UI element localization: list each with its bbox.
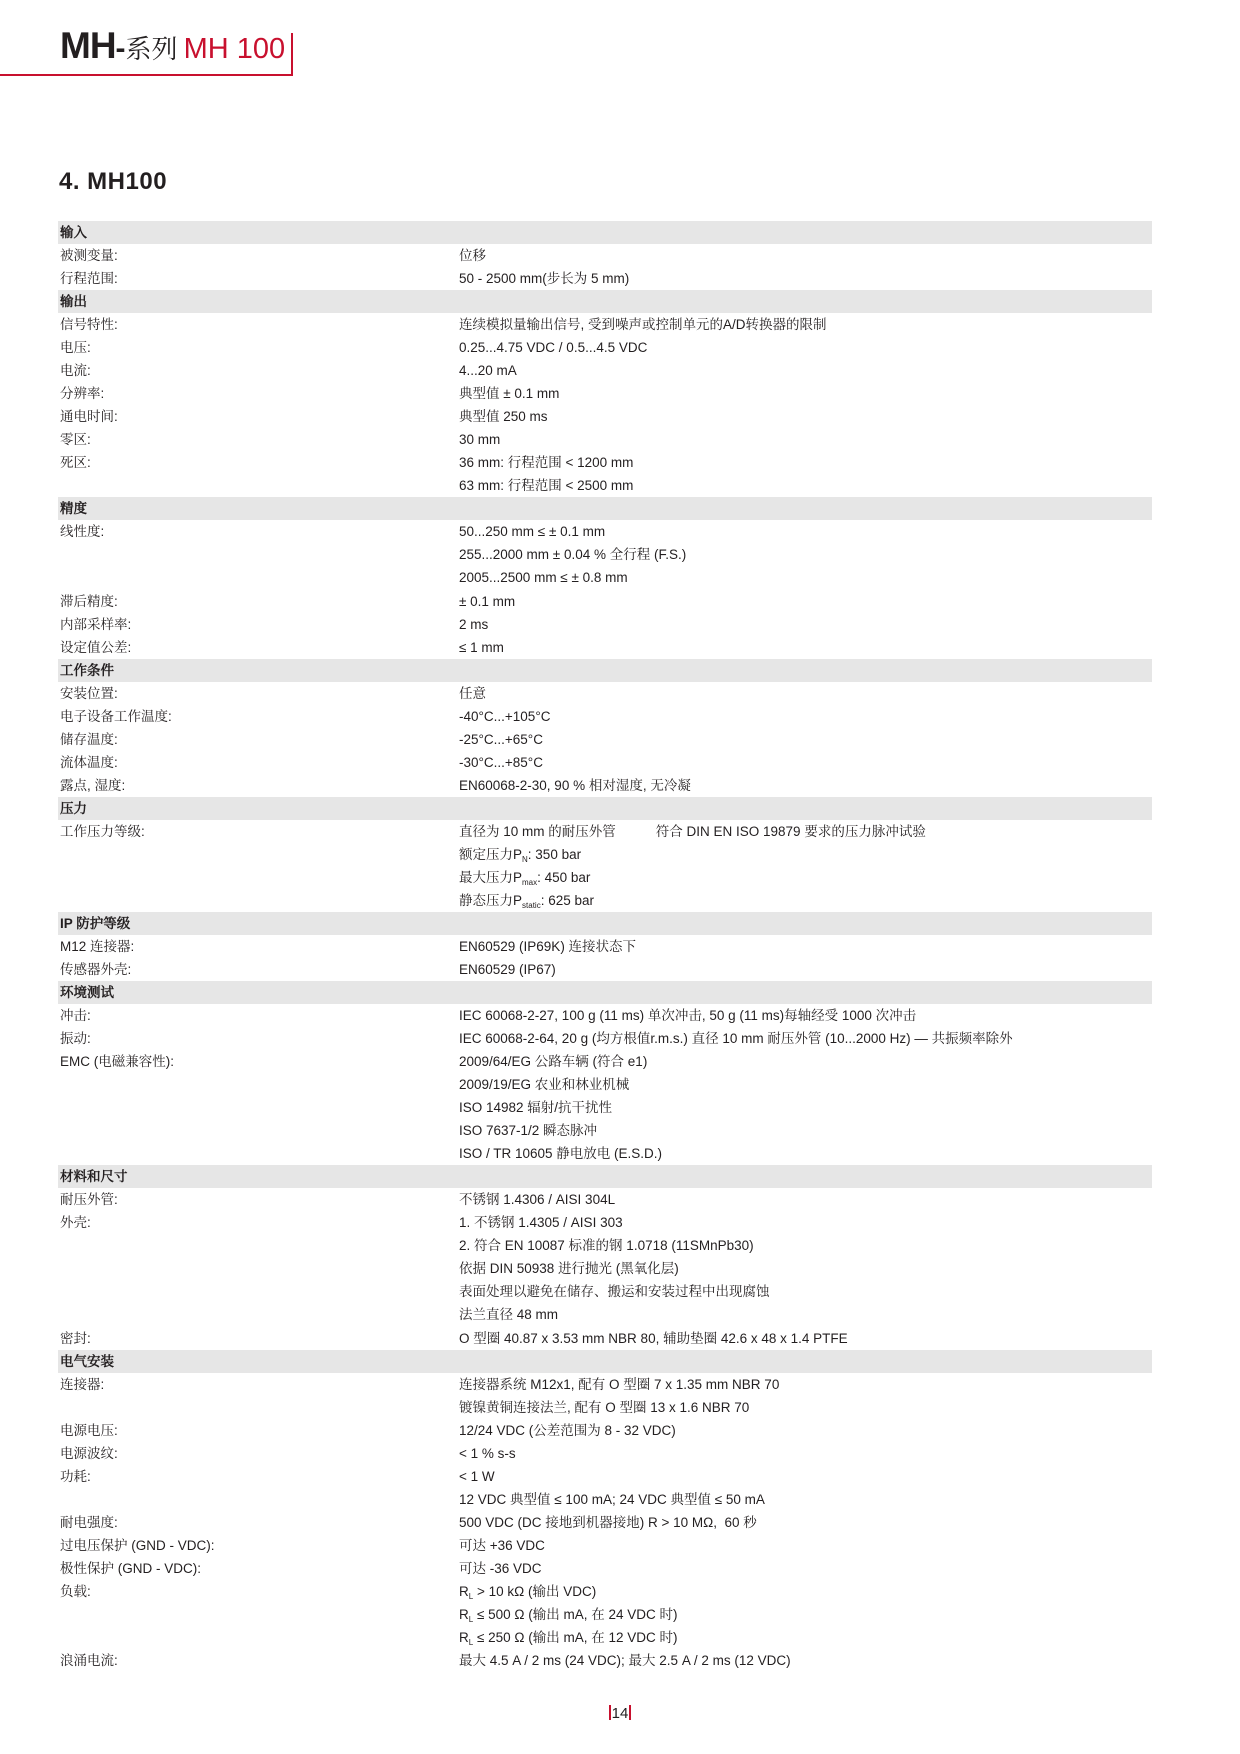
spec-group-header: 精度 (58, 497, 1152, 520)
spec-row: 2009/19/EG 农业和林业机械 (58, 1073, 1152, 1096)
spec-row: 过电压保护 (GND - VDC):可达 +36 VDC (58, 1534, 1152, 1557)
spec-value-text: ISO / TR 10605 静电放电 (E.S.D.) (459, 1146, 662, 1161)
spec-row: 滞后精度:± 0.1 mm (58, 590, 1152, 613)
spec-value-text: -30°C...+85°C (459, 755, 543, 770)
spec-value-text: 50...250 mm ≤ ± 0.1 mm (459, 524, 605, 539)
spec-label: 连接器: (58, 1373, 459, 1396)
spec-value: < 1 W (459, 1465, 1152, 1488)
spec-group-header: 输入 (58, 221, 1152, 244)
spec-label: 储存温度: (58, 728, 459, 751)
spec-value-text: R (459, 1630, 469, 1645)
spec-value: ± 0.1 mm (459, 590, 1152, 613)
spec-label: 功耗: (58, 1465, 459, 1488)
series-label: 系列 (126, 34, 178, 64)
spec-row: 浪涌电流:最大 4.5 A / 2 ms (24 VDC); 最大 2.5 A … (58, 1649, 1152, 1672)
spec-label: 电源波纹: (58, 1442, 459, 1465)
spec-row: ISO / TR 10605 静电放电 (E.S.D.) (58, 1142, 1152, 1165)
spec-value: -25°C...+65°C (459, 728, 1152, 751)
spec-value (459, 797, 1152, 820)
subscript: static (522, 901, 541, 910)
spec-value: ≤ 1 mm (459, 636, 1152, 659)
spec-label: 通电时间: (58, 405, 459, 428)
spec-value-text: 不锈钢 1.4306 / AISI 304L (459, 1192, 615, 1207)
spec-row: 电流:4...20 mA (58, 359, 1152, 382)
spec-label (58, 1396, 459, 1419)
spec-label: 电源电压: (58, 1419, 459, 1442)
spec-label: 负载: (58, 1580, 459, 1603)
spec-value: 2009/19/EG 农业和林业机械 (459, 1073, 1152, 1096)
spec-value (459, 497, 1152, 520)
spec-row: 耐电强度:500 VDC (DC 接地到机器接地) R > 10 MΩ, 60 … (58, 1511, 1152, 1534)
spec-value-text: 12 VDC 典型值 ≤ 100 mA; 24 VDC 典型值 ≤ 50 mA (459, 1492, 765, 1507)
spec-value: 静态压力Pstatic: 625 bar (459, 889, 1152, 912)
spec-label (58, 843, 459, 866)
spec-value-text: 依据 DIN 50938 进行抛光 (黑氧化层) (459, 1261, 679, 1276)
spec-row: ISO 7637-1/2 瞬态脉冲 (58, 1119, 1152, 1142)
spec-row: 静态压力Pstatic: 625 bar (58, 889, 1152, 912)
spec-value-text: 4...20 mA (459, 363, 517, 378)
spec-value-text: -40°C...+105°C (459, 709, 550, 724)
spec-value: ISO / TR 10605 静电放电 (E.S.D.) (459, 1142, 1152, 1165)
spec-value-suffix: : 450 bar (537, 870, 590, 885)
spec-value: 可达 -36 VDC (459, 1557, 1152, 1580)
spec-label (58, 866, 459, 889)
spec-value-text: IEC 60068-2-27, 100 g (11 ms) 单次冲击, 50 g… (459, 1008, 916, 1023)
spec-row: 最大压力Pmax: 450 bar (58, 866, 1152, 889)
spec-value: 镀镍黄铜连接法兰, 配有 O 型圈 13 x 1.6 NBR 70 (459, 1396, 1152, 1419)
spec-value (459, 290, 1152, 313)
spec-value: EN60529 (IP69K) 连接状态下 (459, 935, 1152, 958)
spec-row: M12 连接器:EN60529 (IP69K) 连接状态下 (58, 935, 1152, 958)
spec-row: 电源波纹:< 1 % s-s (58, 1442, 1152, 1465)
spec-label: 电压: (58, 336, 459, 359)
spec-value: ISO 7637-1/2 瞬态脉冲 (459, 1119, 1152, 1142)
spec-value: 30 mm (459, 428, 1152, 451)
spec-value-text: 法兰直径 48 mm (459, 1307, 558, 1322)
spec-row: 极性保护 (GND - VDC):可达 -36 VDC (58, 1557, 1152, 1580)
spec-value (459, 981, 1152, 1004)
spec-value (459, 221, 1152, 244)
spec-label (58, 1303, 459, 1326)
spec-value-suffix: : 350 bar (528, 847, 581, 862)
spec-row: 电子设备工作温度:-40°C...+105°C (58, 705, 1152, 728)
spec-value-text: 2. 符合 EN 10087 标准的钢 1.0718 (11SMnPb30) (459, 1238, 754, 1253)
spec-value: 12 VDC 典型值 ≤ 100 mA; 24 VDC 典型值 ≤ 50 mA (459, 1488, 1152, 1511)
spec-label (58, 1142, 459, 1165)
spec-label: 信号特性: (58, 313, 459, 336)
spec-row: 设定值公差:≤ 1 mm (58, 636, 1152, 659)
spec-label: 极性保护 (GND - VDC): (58, 1557, 459, 1580)
spec-value: RL ≤ 500 Ω (输出 mA, 在 24 VDC 时) (459, 1603, 1152, 1626)
spec-group-header: 材料和尺寸 (58, 1165, 1152, 1188)
group-title: 输入 (58, 221, 459, 244)
series-name: MH (60, 25, 116, 66)
spec-value: RL > 10 kΩ (输出 VDC) (459, 1580, 1152, 1603)
group-title: 电气安装 (58, 1350, 459, 1373)
spec-value: 直径为 10 mm 的耐压外管符合 DIN EN ISO 19879 要求的压力… (459, 820, 1152, 843)
spec-value: 连接器系统 M12x1, 配有 O 型圈 7 x 1.35 mm NBR 70 (459, 1373, 1152, 1396)
spec-label: 过电压保护 (GND - VDC): (58, 1534, 459, 1557)
spec-value: ISO 14982 辐射/抗干扰性 (459, 1096, 1152, 1119)
group-title: 工作条件 (58, 659, 459, 682)
spec-row: 冲击:IEC 60068-2-27, 100 g (11 ms) 单次冲击, 5… (58, 1004, 1152, 1027)
spec-value-text: 500 VDC (DC 接地到机器接地) R > 10 MΩ, 60 秒 (459, 1515, 757, 1530)
spec-label: 设定值公差: (58, 636, 459, 659)
spec-label (58, 1280, 459, 1303)
spec-row: 电源电压:12/24 VDC (公差范围为 8 - 32 VDC) (58, 1419, 1152, 1442)
spec-value-text: 位移 (459, 248, 486, 263)
spec-value-text: ISO 14982 辐射/抗干扰性 (459, 1100, 612, 1115)
spec-label: 冲击: (58, 1004, 459, 1027)
spec-value-text: 典型值 250 ms (459, 409, 548, 424)
spec-value: 255...2000 mm ± 0.04 % 全行程 (F.S.) (459, 543, 1152, 566)
spec-row: 外壳:1. 不锈钢 1.4305 / AISI 303 (58, 1211, 1152, 1234)
spec-row: 储存温度:-25°C...+65°C (58, 728, 1152, 751)
spec-value (459, 1165, 1152, 1188)
spec-value: 典型值 ± 0.1 mm (459, 382, 1152, 405)
spec-value: 表面处理以避免在储存、搬运和安装过程中出现腐蚀 (459, 1280, 1152, 1303)
spec-group-header: 压力 (58, 797, 1152, 820)
spec-row: 死区:36 mm: 行程范围 < 1200 mm (58, 451, 1152, 474)
spec-row: 被测变量:位移 (58, 244, 1152, 267)
spec-value (459, 1350, 1152, 1373)
group-title: 压力 (58, 797, 459, 820)
spec-value-text: 直径为 10 mm 的耐压外管 (459, 824, 616, 839)
spec-value: 任意 (459, 682, 1152, 705)
spec-value-text: EN60529 (IP69K) 连接状态下 (459, 939, 636, 954)
spec-value-text: 0.25...4.75 VDC / 0.5...4.5 VDC (459, 340, 647, 355)
spec-value-text: 30 mm (459, 432, 500, 447)
spec-label: 工作压力等级: (58, 820, 459, 843)
group-title: 输出 (58, 290, 459, 313)
spec-value-text: 静态压力P (459, 893, 522, 908)
spec-value (459, 659, 1152, 682)
spec-group-header: 工作条件 (58, 659, 1152, 682)
spec-value-text: EN60068-2-30, 90 % 相对湿度, 无冷凝 (459, 778, 691, 793)
spec-row: 通电时间:典型值 250 ms (58, 405, 1152, 428)
spec-value-text: 50 - 2500 mm(步长为 5 mm) (459, 271, 629, 286)
spec-value-text: 最大 4.5 A / 2 ms (24 VDC); 最大 2.5 A / 2 m… (459, 1653, 791, 1668)
spec-value-text: 连续模拟量输出信号, 受到噪声或控制单元的A/D转换器的限制 (459, 317, 827, 332)
spec-value-text: 2 ms (459, 617, 488, 632)
spec-value-text: 12/24 VDC (公差范围为 8 - 32 VDC) (459, 1423, 676, 1438)
spec-row: 线性度:50...250 mm ≤ ± 0.1 mm (58, 520, 1152, 543)
spec-label (58, 1603, 459, 1626)
spec-label: 流体温度: (58, 751, 459, 774)
spec-value-text: ± 0.1 mm (459, 594, 515, 609)
spec-row: 密封:O 型圈 40.87 x 3.53 mm NBR 80, 辅助垫圈 42.… (58, 1327, 1152, 1350)
spec-label: 分辨率: (58, 382, 459, 405)
spec-row: 电压:0.25...4.75 VDC / 0.5...4.5 VDC (58, 336, 1152, 359)
page-header: MH-系列MH 100 (0, 0, 293, 76)
spec-row: 内部采样率:2 ms (58, 613, 1152, 636)
spec-row: 负载:RL > 10 kΩ (输出 VDC) (58, 1580, 1152, 1603)
group-title: IP 防护等级 (58, 912, 459, 935)
spec-value-suffix: ≤ 250 Ω (输出 mA, 在 12 VDC 时) (473, 1630, 677, 1645)
spec-value: 2. 符合 EN 10087 标准的钢 1.0718 (11SMnPb30) (459, 1234, 1152, 1257)
spec-row: 流体温度:-30°C...+85°C (58, 751, 1152, 774)
spec-value-text: 连接器系统 M12x1, 配有 O 型圈 7 x 1.35 mm NBR 70 (459, 1377, 779, 1392)
spec-value-text: ISO 7637-1/2 瞬态脉冲 (459, 1123, 597, 1138)
spec-value: 依据 DIN 50938 进行抛光 (黑氧化层) (459, 1257, 1152, 1280)
spec-group-header: 环境测试 (58, 981, 1152, 1004)
spec-row: 工作压力等级:直径为 10 mm 的耐压外管符合 DIN EN ISO 1987… (58, 820, 1152, 843)
spec-row: RL ≤ 500 Ω (输出 mA, 在 24 VDC 时) (58, 1603, 1152, 1626)
spec-value-suffix: > 10 kΩ (输出 VDC) (473, 1584, 596, 1599)
spec-value: 2005...2500 mm ≤ ± 0.8 mm (459, 566, 1152, 589)
page-number-bar-left (609, 1705, 611, 1720)
spec-label: 安装位置: (58, 682, 459, 705)
spec-label: 电流: (58, 359, 459, 382)
spec-value-text: 255...2000 mm ± 0.04 % 全行程 (F.S.) (459, 547, 686, 562)
spec-value-text: 典型值 ± 0.1 mm (459, 386, 559, 401)
spec-group-header: IP 防护等级 (58, 912, 1152, 935)
spec-value: 可达 +36 VDC (459, 1534, 1152, 1557)
spec-label: 线性度: (58, 520, 459, 543)
spec-row: 零区:30 mm (58, 428, 1152, 451)
spec-row: 12 VDC 典型值 ≤ 100 mA; 24 VDC 典型值 ≤ 50 mA (58, 1488, 1152, 1511)
spec-row: 依据 DIN 50938 进行抛光 (黑氧化层) (58, 1257, 1152, 1280)
spec-value: EN60068-2-30, 90 % 相对湿度, 无冷凝 (459, 774, 1152, 797)
spec-label: 露点, 湿度: (58, 774, 459, 797)
spec-label: 被测变量: (58, 244, 459, 267)
page-number: 14 (612, 1705, 629, 1722)
spec-label: 电子设备工作温度: (58, 705, 459, 728)
spec-value: RL ≤ 250 Ω (输出 mA, 在 12 VDC 时) (459, 1626, 1152, 1649)
spec-value: -30°C...+85°C (459, 751, 1152, 774)
spec-row: 2005...2500 mm ≤ ± 0.8 mm (58, 566, 1152, 589)
spec-value: 最大 4.5 A / 2 ms (24 VDC); 最大 2.5 A / 2 m… (459, 1649, 1152, 1672)
spec-value: < 1 % s-s (459, 1442, 1152, 1465)
spec-label: 密封: (58, 1327, 459, 1350)
spec-value: 典型值 250 ms (459, 405, 1152, 428)
spec-value: 不锈钢 1.4306 / AISI 304L (459, 1188, 1152, 1211)
header-accent-line (291, 33, 293, 75)
spec-value: 500 VDC (DC 接地到机器接地) R > 10 MΩ, 60 秒 (459, 1511, 1152, 1534)
section-title: 4. MH100 (59, 168, 167, 196)
spec-value-text: 36 mm: 行程范围 < 1200 mm (459, 455, 633, 470)
spec-label: 滞后精度: (58, 590, 459, 613)
spec-label (58, 566, 459, 589)
spec-row: ISO 14982 辐射/抗干扰性 (58, 1096, 1152, 1119)
spec-label: 零区: (58, 428, 459, 451)
spec-value-text: R (459, 1584, 469, 1599)
spec-value-text: 2005...2500 mm ≤ ± 0.8 mm (459, 570, 628, 585)
spec-value (459, 912, 1152, 935)
spec-value: 最大压力Pmax: 450 bar (459, 866, 1152, 889)
spec-row: RL ≤ 250 Ω (输出 mA, 在 12 VDC 时) (58, 1626, 1152, 1649)
spec-row: 信号特性:连续模拟量输出信号, 受到噪声或控制单元的A/D转换器的限制 (58, 313, 1152, 336)
spec-value-text: 任意 (459, 686, 486, 701)
group-title: 环境测试 (58, 981, 459, 1004)
spec-value-text: IEC 60068-2-64, 20 g (均方根值r.m.s.) 直径 10 … (459, 1031, 1013, 1046)
spec-row: 安装位置:任意 (58, 682, 1152, 705)
page-number-bar-right (629, 1705, 631, 1720)
spec-value: 2009/64/EG 公路车辆 (符合 e1) (459, 1050, 1152, 1073)
spec-value: 4...20 mA (459, 359, 1152, 382)
spec-value-note: 符合 DIN EN ISO 19879 要求的压力脉冲试验 (656, 824, 926, 839)
spec-row: 2. 符合 EN 10087 标准的钢 1.0718 (11SMnPb30) (58, 1234, 1152, 1257)
spec-row: 耐压外管:不锈钢 1.4306 / AISI 304L (58, 1188, 1152, 1211)
spec-group-header: 输出 (58, 290, 1152, 313)
spec-value: IEC 60068-2-64, 20 g (均方根值r.m.s.) 直径 10 … (459, 1027, 1152, 1050)
spec-row: 63 mm: 行程范围 < 2500 mm (58, 474, 1152, 497)
spec-value: 50 - 2500 mm(步长为 5 mm) (459, 267, 1152, 290)
spec-label: M12 连接器: (58, 935, 459, 958)
spec-value-text: 可达 -36 VDC (459, 1561, 542, 1576)
spec-value-text: 可达 +36 VDC (459, 1538, 545, 1553)
group-title: 精度 (58, 497, 459, 520)
spec-label (58, 1119, 459, 1142)
spec-row: 额定压力PN: 350 bar (58, 843, 1152, 866)
spec-value-text: 1. 不锈钢 1.4305 / AISI 303 (459, 1215, 623, 1230)
spec-table: 输入被测变量:位移行程范围:50 - 2500 mm(步长为 5 mm)输出信号… (58, 221, 1152, 1672)
spec-label: 外壳: (58, 1211, 459, 1234)
spec-value: 法兰直径 48 mm (459, 1303, 1152, 1326)
spec-label (58, 1626, 459, 1649)
spec-row: 露点, 湿度:EN60068-2-30, 90 % 相对湿度, 无冷凝 (58, 774, 1152, 797)
spec-value-text: ≤ 1 mm (459, 640, 504, 655)
spec-value-text: 2009/19/EG 农业和林业机械 (459, 1077, 629, 1092)
spec-value-suffix: : 625 bar (541, 893, 594, 908)
spec-value-text: 镀镍黄铜连接法兰, 配有 O 型圈 13 x 1.6 NBR 70 (459, 1400, 749, 1415)
spec-label: 内部采样率: (58, 613, 459, 636)
spec-row: 分辨率:典型值 ± 0.1 mm (58, 382, 1152, 405)
spec-value: 位移 (459, 244, 1152, 267)
spec-label (58, 1096, 459, 1119)
spec-row: 功耗:< 1 W (58, 1465, 1152, 1488)
spec-value: IEC 60068-2-27, 100 g (11 ms) 单次冲击, 50 g… (459, 1004, 1152, 1027)
spec-label: 耐电强度: (58, 1511, 459, 1534)
spec-label (58, 1488, 459, 1511)
spec-value: 2 ms (459, 613, 1152, 636)
spec-value-text: 63 mm: 行程范围 < 2500 mm (459, 478, 633, 493)
spec-label: 死区: (58, 451, 459, 474)
spec-value-text: < 1 W (459, 1469, 495, 1484)
spec-label (58, 1234, 459, 1257)
spec-value: 1. 不锈钢 1.4305 / AISI 303 (459, 1211, 1152, 1234)
spec-value-text: R (459, 1607, 469, 1622)
page-footer: 14 (0, 1705, 1240, 1722)
spec-row: 振动:IEC 60068-2-64, 20 g (均方根值r.m.s.) 直径 … (58, 1027, 1152, 1050)
spec-row: 传感器外壳:EN60529 (IP67) (58, 958, 1152, 981)
spec-value: 连续模拟量输出信号, 受到噪声或控制单元的A/D转换器的限制 (459, 313, 1152, 336)
spec-value: 63 mm: 行程范围 < 2500 mm (459, 474, 1152, 497)
spec-value-text: EN60529 (IP67) (459, 962, 556, 977)
spec-label (58, 474, 459, 497)
series-dash: - (116, 32, 126, 65)
spec-label: EMC (电磁兼容性): (58, 1050, 459, 1073)
spec-label: 振动: (58, 1027, 459, 1050)
spec-label: 浪涌电流: (58, 1649, 459, 1672)
spec-group-header: 电气安装 (58, 1350, 1152, 1373)
spec-row: 行程范围:50 - 2500 mm(步长为 5 mm) (58, 267, 1152, 290)
spec-label: 传感器外壳: (58, 958, 459, 981)
spec-value-text: 2009/64/EG 公路车辆 (符合 e1) (459, 1054, 647, 1069)
model-name: MH 100 (184, 33, 286, 65)
spec-label (58, 1257, 459, 1280)
spec-label (58, 889, 459, 912)
spec-value-suffix: ≤ 500 Ω (输出 mA, 在 24 VDC 时) (473, 1607, 677, 1622)
spec-row: 镀镍黄铜连接法兰, 配有 O 型圈 13 x 1.6 NBR 70 (58, 1396, 1152, 1419)
spec-row: EMC (电磁兼容性):2009/64/EG 公路车辆 (符合 e1) (58, 1050, 1152, 1073)
spec-label: 行程范围: (58, 267, 459, 290)
spec-value-text: O 型圈 40.87 x 3.53 mm NBR 80, 辅助垫圈 42.6 x… (459, 1331, 848, 1346)
spec-value-text: < 1 % s-s (459, 1446, 516, 1461)
spec-value-text: 额定压力P (459, 847, 522, 862)
spec-value: O 型圈 40.87 x 3.53 mm NBR 80, 辅助垫圈 42.6 x… (459, 1327, 1152, 1350)
spec-value-text: 最大压力P (459, 870, 522, 885)
spec-row: 255...2000 mm ± 0.04 % 全行程 (F.S.) (58, 543, 1152, 566)
spec-value-text: -25°C...+65°C (459, 732, 543, 747)
spec-value: 0.25...4.75 VDC / 0.5...4.5 VDC (459, 336, 1152, 359)
spec-row: 法兰直径 48 mm (58, 1303, 1152, 1326)
spec-label: 耐压外管: (58, 1188, 459, 1211)
spec-value-text: 表面处理以避免在储存、搬运和安装过程中出现腐蚀 (459, 1284, 770, 1299)
spec-value: 50...250 mm ≤ ± 0.1 mm (459, 520, 1152, 543)
spec-row: 表面处理以避免在储存、搬运和安装过程中出现腐蚀 (58, 1280, 1152, 1303)
spec-value: 36 mm: 行程范围 < 1200 mm (459, 451, 1152, 474)
spec-row: 连接器:连接器系统 M12x1, 配有 O 型圈 7 x 1.35 mm NBR… (58, 1373, 1152, 1396)
spec-value: 12/24 VDC (公差范围为 8 - 32 VDC) (459, 1419, 1152, 1442)
spec-value: -40°C...+105°C (459, 705, 1152, 728)
spec-label (58, 1073, 459, 1096)
spec-value: 额定压力PN: 350 bar (459, 843, 1152, 866)
group-title: 材料和尺寸 (58, 1165, 459, 1188)
spec-label (58, 543, 459, 566)
spec-value: EN60529 (IP67) (459, 958, 1152, 981)
subscript: max (522, 878, 537, 887)
header-title: MH-系列MH 100 (60, 24, 285, 76)
